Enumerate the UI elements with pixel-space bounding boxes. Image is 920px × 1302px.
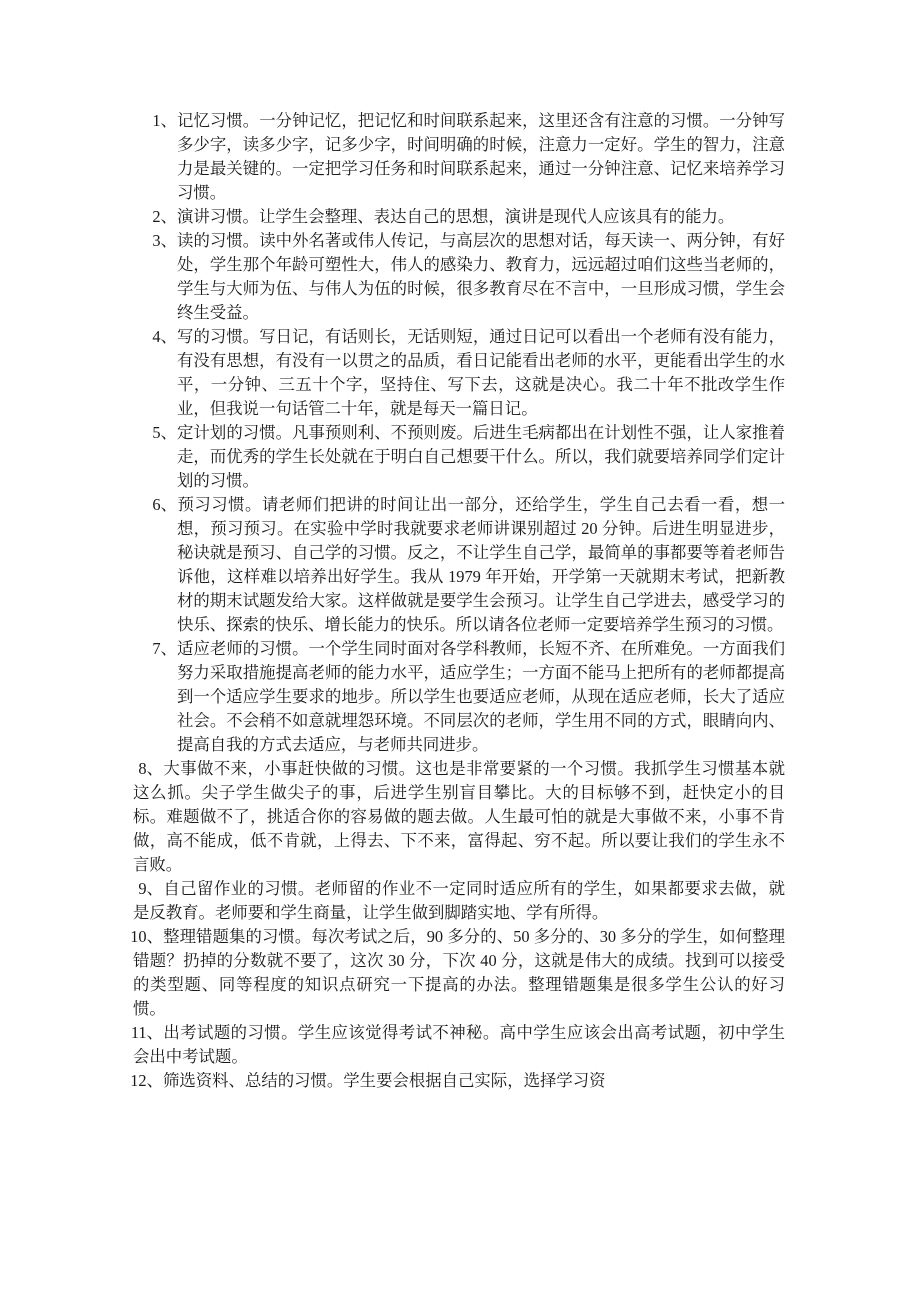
item-number: 3、 xyxy=(143,229,177,253)
item-text: 自己留作业的习惯。老师留的作业不一定同时适应所有的学生，如果都要求去做，就是反教… xyxy=(133,879,785,922)
list-item-3: 3、读的习惯。读中外名著或伟人传记，与高层次的思想对话，每天读一、两分钟，有好处… xyxy=(0,229,785,325)
list-item-7: 7、适应老师的习惯。一个学生同时面对各学科教师，长短不齐、在所难免。一方面我们努… xyxy=(0,637,785,757)
item-number: 12、 xyxy=(122,1069,163,1093)
item-text: 读的习惯。读中外名著或伟人传记，与高层次的思想对话，每天读一、两分钟，有好处，学… xyxy=(177,231,785,322)
item-text: 记忆习惯。一分钟记忆，把记忆和时间联系起来，这里还含有注意的习惯。一分钟写多少字… xyxy=(177,111,785,202)
item-number: 4、 xyxy=(143,325,177,349)
document-page: 1、记忆习惯。一分钟记忆，把记忆和时间联系起来，这里还含有注意的习惯。一分钟写多… xyxy=(0,0,920,1302)
list-item-10: 10、整理错题集的习惯。每次考试之后，90 多分的、50 多分的、30 多分的学… xyxy=(0,925,785,1021)
item-text: 写的习惯。写日记，有话则长，无话则短，通过日记可以看出一个老师有没有能力，有没有… xyxy=(177,327,785,418)
list-item-4: 4、写的习惯。写日记，有话则长，无话则短，通过日记可以看出一个老师有没有能力，有… xyxy=(0,325,785,421)
item-text: 适应老师的习惯。一个学生同时面对各学科教师，长短不齐、在所难免。一方面我们努力采… xyxy=(177,639,785,754)
item-text: 演讲习惯。让学生会整理、表达自己的思想，演讲是现代人应该具有的能力。 xyxy=(177,207,734,226)
item-text: 出考试题的习惯。学生应该觉得考试不神秘。高中学生应该会出高考试题，初中学生会出中… xyxy=(133,1023,785,1066)
list-item-1: 1、记忆习惯。一分钟记忆，把记忆和时间联系起来，这里还含有注意的习惯。一分钟写多… xyxy=(0,109,785,205)
item-number: 8、 xyxy=(122,757,163,781)
item-number: 9、 xyxy=(122,877,163,901)
item-number: 1、 xyxy=(143,109,177,133)
item-number: 7、 xyxy=(143,637,177,661)
list-item-11: 11、出考试题的习惯。学生应该觉得考试不神秘。高中学生应该会出高考试题，初中学生… xyxy=(0,1021,785,1069)
list-item-9: 9、自己留作业的习惯。老师留的作业不一定同时适应所有的学生，如果都要求去做，就是… xyxy=(0,877,785,925)
item-number: 5、 xyxy=(143,421,177,445)
item-number: 6、 xyxy=(143,493,177,517)
item-text: 筛选资料、总结的习惯。学生要会根据自己实际，选择学习资 xyxy=(163,1071,606,1090)
item-text: 整理错题集的习惯。每次考试之后，90 多分的、50 多分的、30 多分的学生，如… xyxy=(133,927,785,1018)
habit-list: 1、记忆习惯。一分钟记忆，把记忆和时间联系起来，这里还含有注意的习惯。一分钟写多… xyxy=(0,109,785,1093)
item-text: 大事做不来，小事赶快做的习惯。这也是非常要紧的一个习惯。我抓学生习惯基本就这么抓… xyxy=(133,759,785,874)
list-item-8: 8、大事做不来，小事赶快做的习惯。这也是非常要紧的一个习惯。我抓学生习惯基本就这… xyxy=(0,757,785,877)
list-item-12: 12、筛选资料、总结的习惯。学生要会根据自己实际，选择学习资 xyxy=(0,1069,785,1093)
item-text: 定计划的习惯。凡事预则利、不预则废。后进生毛病都出在计划性不强，让人家推着走，而… xyxy=(177,423,785,490)
list-item-5: 5、定计划的习惯。凡事预则利、不预则废。后进生毛病都出在计划性不强，让人家推着走… xyxy=(0,421,785,493)
item-number: 10、 xyxy=(122,925,163,949)
item-number: 11、 xyxy=(122,1021,163,1045)
list-item-6: 6、预习习惯。请老师们把讲的时间让出一部分，还给学生，学生自己去看一看，想一想，… xyxy=(0,493,785,637)
list-item-2: 2、演讲习惯。让学生会整理、表达自己的思想，演讲是现代人应该具有的能力。 xyxy=(0,205,785,229)
item-text: 预习习惯。请老师们把讲的时间让出一部分，还给学生，学生自己去看一看，想一想，预习… xyxy=(177,495,785,634)
item-number: 2、 xyxy=(143,205,177,229)
